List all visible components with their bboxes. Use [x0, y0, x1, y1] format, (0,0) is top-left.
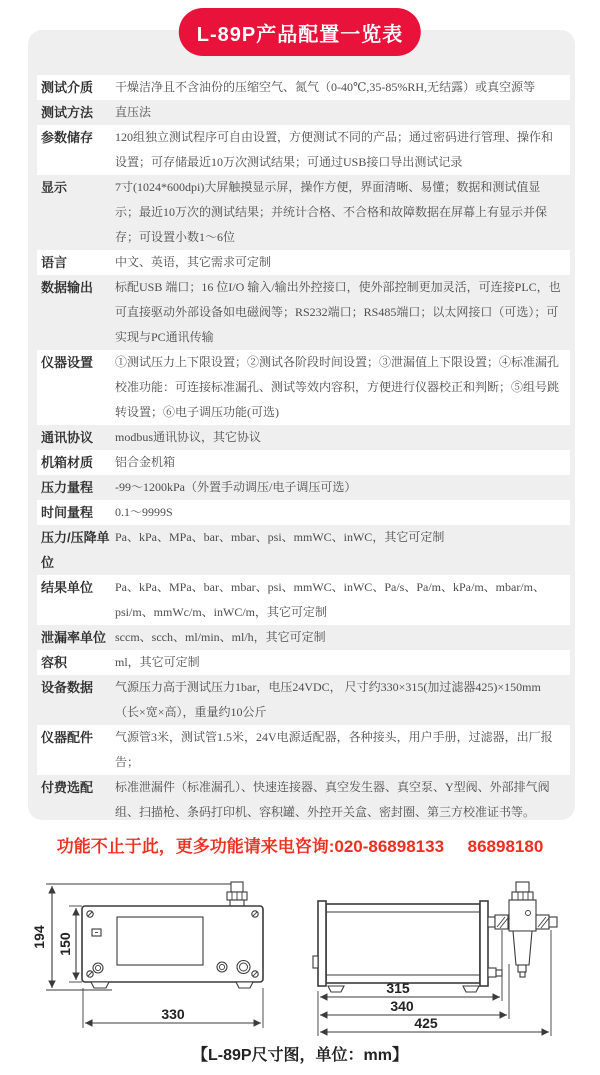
spec-label: 压力/压降单位	[37, 525, 111, 575]
spec-label: 泄漏率单位	[37, 625, 111, 650]
spec-value: ml，其它可定制	[111, 650, 570, 675]
spec-value: sccm、scch、ml/min、ml/h，其它可定制	[111, 625, 570, 650]
spec-value: 直压法	[111, 100, 570, 125]
spec-value: 标配USB 端口；16 位I/O 输入/输出外控接口，使外部控制更加灵活，可连接…	[111, 275, 570, 350]
spec-value: modbus通讯协议，其它协议	[111, 425, 570, 450]
product-config-card: 测试介质干燥洁净且不含油份的压缩空气、氮气（0-40℃,35-85%RH,无结露…	[28, 30, 575, 820]
spec-label: 显示	[37, 175, 111, 250]
table-row: 通讯协议modbus通讯协议，其它协议	[37, 425, 570, 450]
spec-label: 容积	[37, 650, 111, 675]
spec-value: 0.1～9999S	[111, 500, 570, 525]
front-view-drawing: 194 150 330	[31, 882, 263, 1028]
spec-label: 时间量程	[37, 500, 111, 525]
table-row: 数据输出标配USB 端口；16 位I/O 输入/输出外控接口，使外部控制更加灵活…	[37, 275, 570, 350]
table-row: 测试介质干燥洁净且不含油份的压缩空气、氮气（0-40℃,35-85%RH,无结露…	[37, 75, 570, 100]
table-row: 仪器配件气源管3米，测试管1.5米，24V电源适配器，各种接头，用户手册，过滤器…	[37, 725, 570, 775]
spec-label: 付费选配	[37, 775, 111, 820]
table-row: 语言中文、英语，其它需求可定制	[37, 250, 570, 275]
table-row: 容积ml，其它可定制	[37, 650, 570, 675]
spec-table: 测试介质干燥洁净且不含油份的压缩空气、氮气（0-40℃,35-85%RH,无结露…	[37, 75, 570, 820]
spec-value: 120组独立测试程序可自由设置，方便测试不同的产品；通过密码进行管理、操作和设置…	[111, 125, 570, 175]
spec-value: 气源压力高于测试压力1bar，电压24VDC， 尺寸约330×315(加过滤器4…	[111, 675, 570, 725]
dim-label-425: 425	[414, 1015, 438, 1031]
spec-label: 数据输出	[37, 275, 111, 350]
spec-label: 语言	[37, 250, 111, 275]
table-row: 压力量程-99～1200kPa（外置手动调压/电子调压可选）	[37, 475, 570, 500]
spec-value: -99～1200kPa（外置手动调压/电子调压可选）	[111, 475, 570, 500]
spec-value: ①测试压力上下限设置；②测试各阶段时间设置；③泄漏值上下限设置；④标准漏孔校准功…	[111, 350, 570, 425]
table-row: 付费选配标准泄漏件（标准漏孔）、快速连接器、真空发生器、真空泵、Y型阀、外部排气…	[37, 775, 570, 820]
spec-value: 中文、英语，其它需求可定制	[111, 250, 570, 275]
spec-label: 压力量程	[37, 475, 111, 500]
spec-value: Pa、kPa、MPa、bar、mbar、psi、mmWC、inWC、Pa/s、P…	[111, 575, 570, 625]
table-row: 机箱材质铝合金机箱	[37, 450, 570, 475]
spec-label: 结果单位	[37, 575, 111, 625]
table-row: 显示7寸(1024*600dpi)大屏触摸显示屏，操作方便，界面清晰、易懂；数据…	[37, 175, 570, 250]
dim-label-315: 315	[386, 980, 410, 996]
instrument-side-body	[326, 904, 480, 983]
spec-value: 标准泄漏件（标准漏孔）、快速连接器、真空发生器、真空泵、Y型阀、外部排气阀组、扫…	[111, 775, 570, 820]
spec-label: 机箱材质	[37, 450, 111, 475]
connector-port	[217, 962, 227, 972]
dim-label-340: 340	[390, 998, 414, 1014]
spec-label: 通讯协议	[37, 425, 111, 450]
side-view-drawing: 315 340 425	[313, 882, 557, 1036]
table-row: 设备数据气源压力高于测试压力1bar，电压24VDC， 尺寸约330×315(加…	[37, 675, 570, 725]
dim-label-194: 194	[31, 925, 47, 949]
spec-value: 7寸(1024*600dpi)大屏触摸显示屏，操作方便，界面清晰、易懂；数据和测…	[111, 175, 570, 250]
connector-port	[93, 963, 103, 973]
dimension-diagram: 194 150 330	[0, 868, 600, 1043]
page: L-89P产品配置一览表 测试介质干燥洁净且不含油份的压缩空气、氮气（0-40℃…	[0, 0, 600, 1075]
touchscreen	[117, 917, 203, 965]
regulator-knob	[231, 882, 243, 892]
spec-value: 气源管3米，测试管1.5米，24V电源适配器，各种接头，用户手册，过滤器，出厂报…	[111, 725, 570, 775]
table-row: 泄漏率单位sccm、scch、ml/min、ml/h，其它可定制	[37, 625, 570, 650]
air-filter-regulator	[509, 882, 557, 977]
spec-label: 设备数据	[37, 675, 111, 725]
contact-phone-line: 功能不止于此，更多功能请来电咨询:020-86898133 86898180	[0, 832, 600, 857]
spec-label: 测试介质	[37, 75, 111, 100]
spec-label: 仪器配件	[37, 725, 111, 775]
table-row: 参数储存120组独立测试程序可自由设置，方便测试不同的产品；通过密码进行管理、操…	[37, 125, 570, 175]
table-row: 时间量程0.1～9999S	[37, 500, 570, 525]
table-row: 仪器设置①测试压力上下限设置；②测试各阶段时间设置；③泄漏值上下限设置；④标准漏…	[37, 350, 570, 425]
page-title: L-89P产品配置一览表	[179, 8, 421, 56]
spec-value: 干燥洁净且不含油份的压缩空气、氮气（0-40℃,35-85%RH,无结露）或真空…	[111, 75, 570, 100]
spec-label: 参数储存	[37, 125, 111, 175]
diagram-caption: 【L-89P尺寸图，单位：mm】	[0, 1042, 600, 1065]
table-row: 结果单位Pa、kPa、MPa、bar、mbar、psi、mmWC、inWC、Pa…	[37, 575, 570, 625]
spec-label: 测试方法	[37, 100, 111, 125]
spec-value: Pa、kPa、MPa、bar、mbar、psi、mmWC、inWC，其它可定制	[111, 525, 570, 575]
dim-label-150: 150	[57, 932, 73, 956]
table-row: 压力/压降单位Pa、kPa、MPa、bar、mbar、psi、mmWC、inWC…	[37, 525, 570, 575]
connector-port	[237, 961, 250, 974]
spec-value: 铝合金机箱	[111, 450, 570, 475]
table-row: 测试方法直压法	[37, 100, 570, 125]
spec-label: 仪器设置	[37, 350, 111, 425]
dim-label-330: 330	[161, 1006, 185, 1022]
